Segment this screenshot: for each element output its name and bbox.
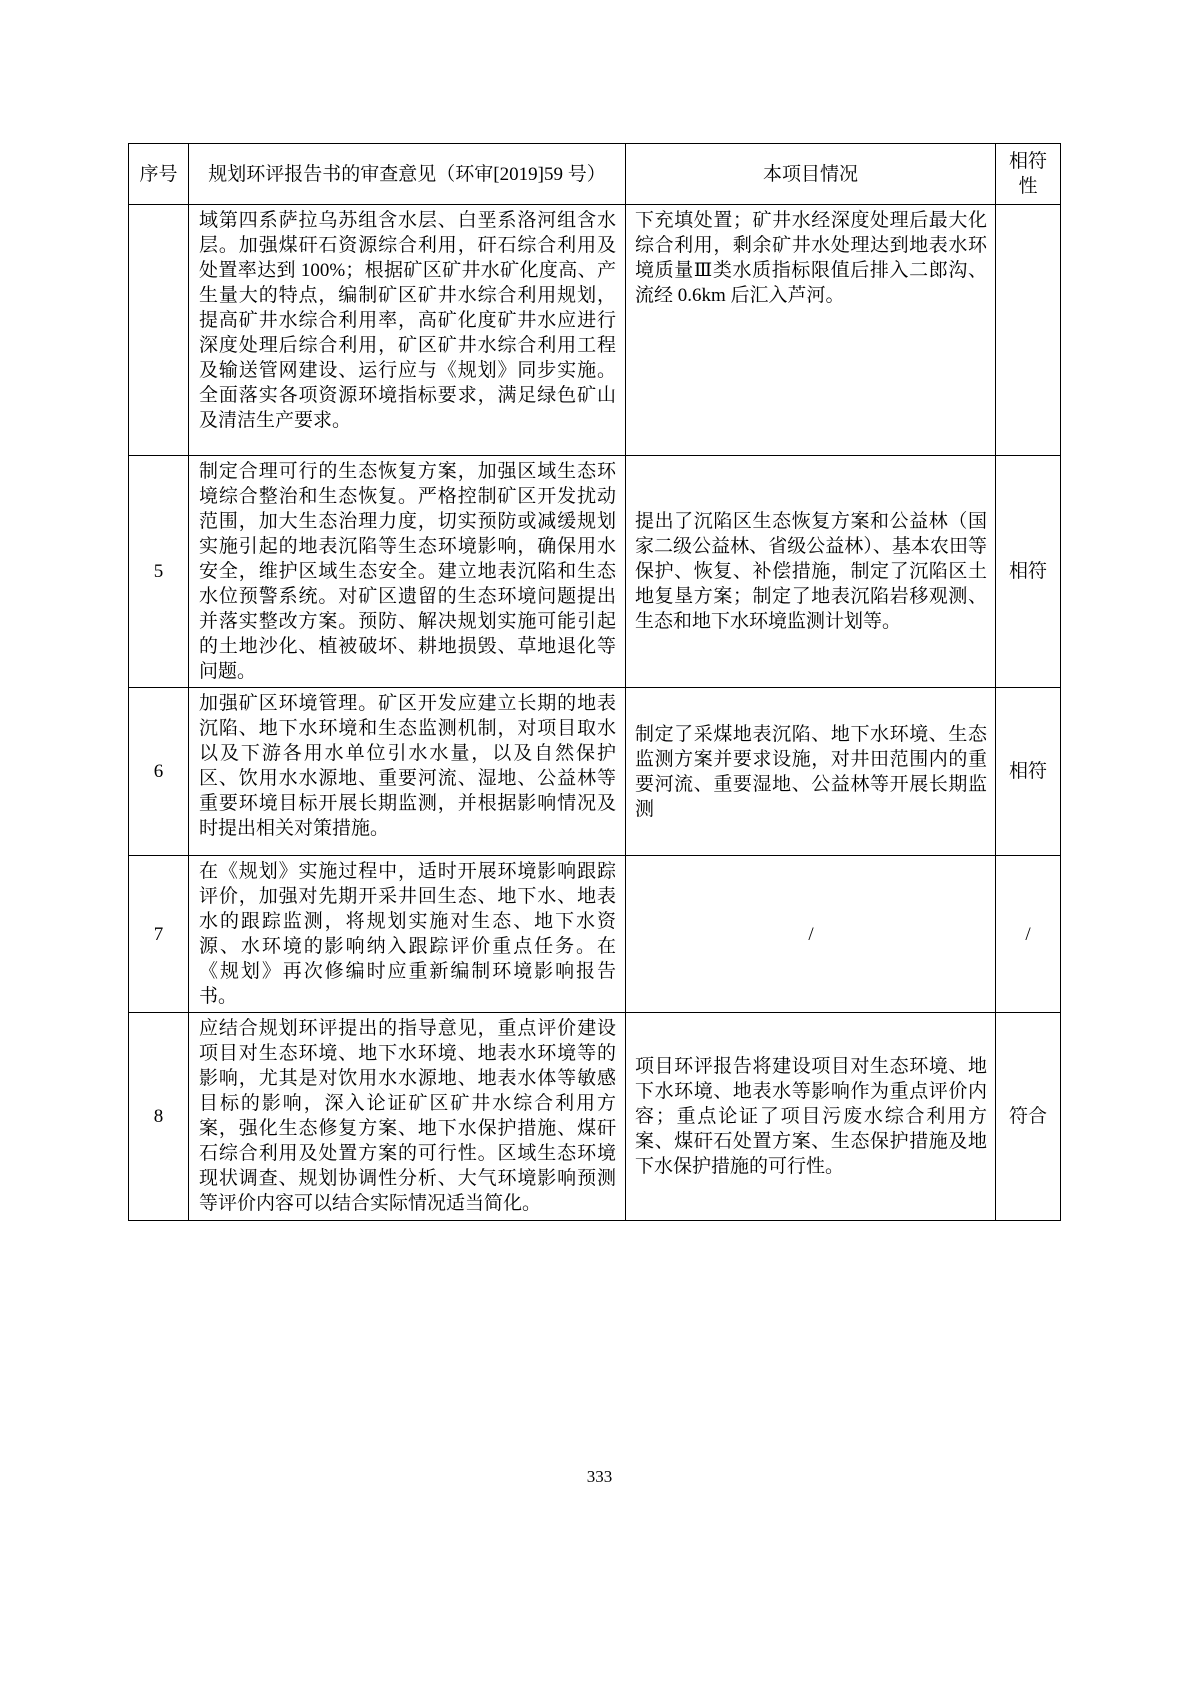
header-project: 本项目情况 bbox=[626, 144, 996, 205]
compliance-cell: 相符 bbox=[996, 688, 1061, 856]
review-opinion-table: 序号 规划环评报告书的审查意见（环审[2019]59 号） 本项目情况 相符性 … bbox=[128, 143, 1061, 1221]
opinion-cell: 在《规划》实施过程中，适时开展环境影响跟踪评价，加强对先期开采井回生态、地下水、… bbox=[189, 856, 626, 1013]
project-status-cell: 制定了采煤地表沉陷、地下水环境、生态监测方案并要求设施，对井田范围内的重要河流、… bbox=[626, 688, 996, 856]
opinion-cell: 加强矿区环境管理。矿区开发应建立长期的地表沉陷、地下水环境和生态监测机制，对项目… bbox=[189, 688, 626, 856]
row-number-cell bbox=[129, 205, 189, 456]
compliance-cell bbox=[996, 205, 1061, 456]
table-header-row: 序号 规划环评报告书的审查意见（环审[2019]59 号） 本项目情况 相符性 bbox=[129, 144, 1061, 205]
row-number-cell: 8 bbox=[129, 1013, 189, 1221]
project-status-cell: 下充填处置；矿井水经深度处理后最大化综合利用，剩余矿井水处理达到地表水环境质量Ⅲ… bbox=[626, 205, 996, 456]
project-status-cell: / bbox=[626, 856, 996, 1013]
compliance-cell: / bbox=[996, 856, 1061, 1013]
opinion-cell: 制定合理可行的生态恢复方案，加强区域生态环境综合整治和生态恢复。严格控制矿区开发… bbox=[189, 456, 626, 688]
document-page: 序号 规划环评报告书的审查意见（环审[2019]59 号） 本项目情况 相符性 … bbox=[0, 0, 1199, 1696]
row-number-cell: 5 bbox=[129, 456, 189, 688]
page-number: 333 bbox=[0, 1466, 1199, 1488]
table-row: 5 制定合理可行的生态恢复方案，加强区域生态环境综合整治和生态恢复。严格控制矿区… bbox=[129, 456, 1061, 688]
header-compliance: 相符性 bbox=[996, 144, 1061, 205]
project-status-cell: 提出了沉陷区生态恢复方案和公益林（国家二级公益林、省级公益林）、基本农田等保护、… bbox=[626, 456, 996, 688]
compliance-cell: 符合 bbox=[996, 1013, 1061, 1221]
header-opinion: 规划环评报告书的审查意见（环审[2019]59 号） bbox=[189, 144, 626, 205]
project-status-cell: 项目环评报告将建设项目对生态环境、地下水环境、地表水等影响作为重点评价内容；重点… bbox=[626, 1013, 996, 1221]
table-row: 8 应结合规划环评提出的指导意见，重点评价建设项目对生态环境、地下水环境、地表水… bbox=[129, 1013, 1061, 1221]
compliance-cell: 相符 bbox=[996, 456, 1061, 688]
table-row: 7 在《规划》实施过程中，适时开展环境影响跟踪评价，加强对先期开采井回生态、地下… bbox=[129, 856, 1061, 1013]
row-number-cell: 7 bbox=[129, 856, 189, 1013]
table-row: 域第四系萨拉乌苏组含水层、白垩系洛河组含水层。加强煤矸石资源综合利用，矸石综合利… bbox=[129, 205, 1061, 456]
row-number-cell: 6 bbox=[129, 688, 189, 856]
opinion-cell: 应结合规划环评提出的指导意见，重点评价建设项目对生态环境、地下水环境、地表水环境… bbox=[189, 1013, 626, 1221]
opinion-cell: 域第四系萨拉乌苏组含水层、白垩系洛河组含水层。加强煤矸石资源综合利用，矸石综合利… bbox=[189, 205, 626, 456]
table-row: 6 加强矿区环境管理。矿区开发应建立长期的地表沉陷、地下水环境和生态监测机制，对… bbox=[129, 688, 1061, 856]
header-no: 序号 bbox=[129, 144, 189, 205]
